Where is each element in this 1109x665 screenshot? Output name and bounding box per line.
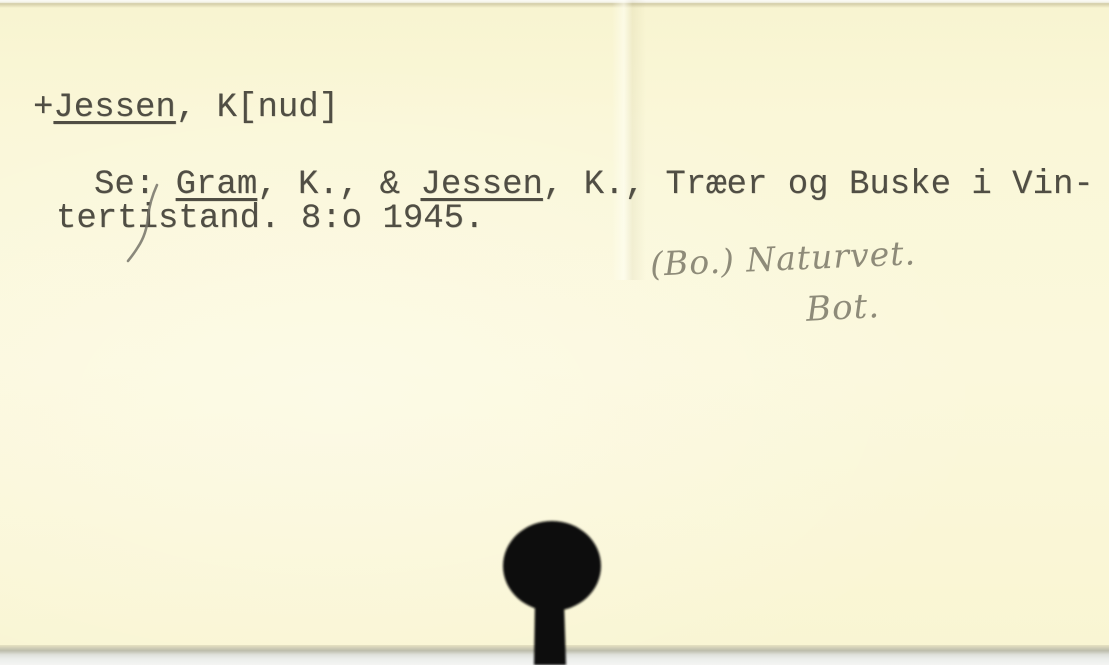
punch-hole-icon — [468, 515, 638, 665]
card-top-edge — [0, 0, 1109, 8]
reference-author-jessen: Jessen — [420, 166, 542, 204]
handwritten-classification: (Bo.) Naturvet. — [649, 233, 916, 284]
reference-author-gram: Gram — [176, 166, 258, 204]
reference-lead: Se: — [94, 166, 176, 204]
reference-mid: , K., & — [257, 166, 420, 204]
catalog-card-scan: +Jessen, K[nud] Se: Gram, K., & Jessen, … — [0, 0, 1109, 665]
heading-prefix: + — [33, 89, 53, 127]
card-crease — [612, 0, 646, 280]
index-card: +Jessen, K[nud] Se: Gram, K., & Jessen, … — [0, 0, 1109, 665]
heading-surname: Jessen — [53, 89, 175, 127]
handwritten-classification-2: Bot. — [805, 286, 881, 330]
reference-line-2: tertistand. 8:o 1945. — [56, 200, 484, 238]
reference-line-1: Se: Gram, K., & Jessen, K., Træer og Bus… — [94, 166, 1094, 204]
heading-line: +Jessen, K[nud] — [33, 89, 339, 127]
heading-forename: , K[nud] — [176, 89, 339, 127]
reference-title-start: , K., Træer og Buske i Vin- — [543, 166, 1094, 204]
